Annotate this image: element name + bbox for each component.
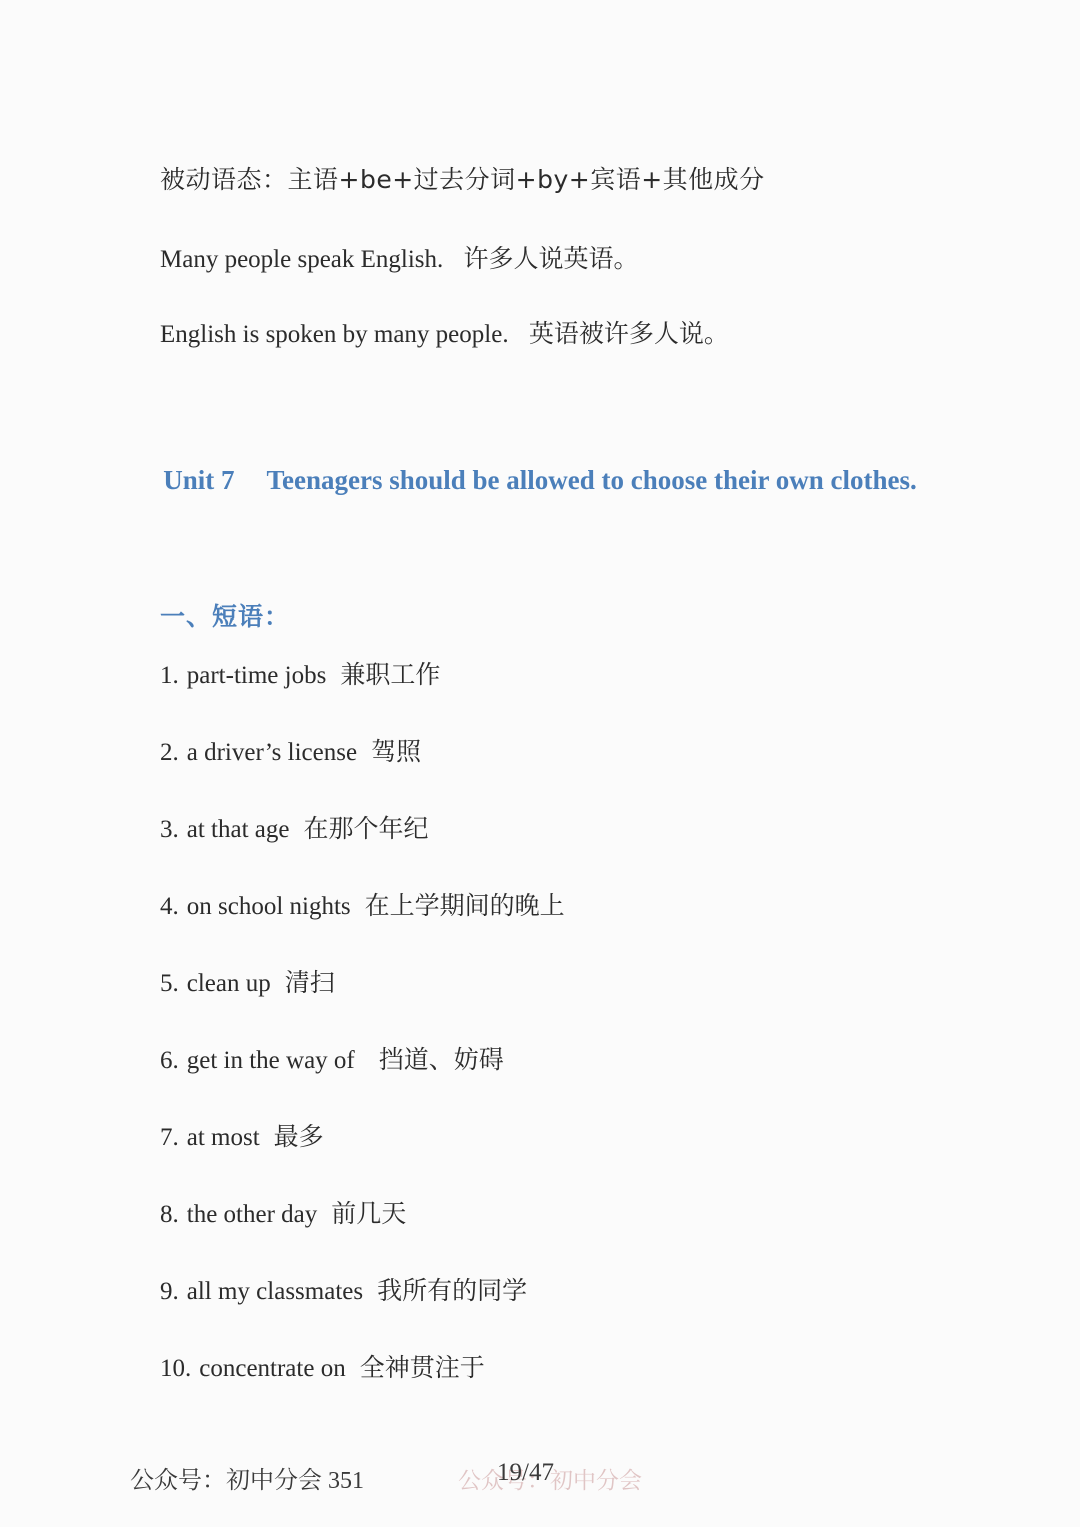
item-number: 7. bbox=[160, 1124, 179, 1151]
phrase-list-item: 5.clean up清扫 bbox=[160, 968, 335, 999]
phrase-list-item: 3.at that age在那个年纪 bbox=[160, 814, 429, 845]
phrase-list-item: 2.a driver’s license驾照 bbox=[160, 737, 421, 768]
item-number: 5. bbox=[160, 970, 179, 997]
phrase-list-item: 8.the other day前几天 bbox=[160, 1199, 406, 1230]
item-number: 3. bbox=[160, 816, 179, 843]
phrase-english: on school nights bbox=[187, 893, 351, 920]
item-number: 1. bbox=[160, 662, 179, 689]
phrase-list-item: 4.on school nights在上学期间的晚上 bbox=[160, 891, 565, 922]
unit-title-text: Teenagers should be allowed to choose th… bbox=[266, 465, 916, 495]
phrase-english: a driver’s license bbox=[187, 739, 357, 766]
phrase-chinese: 在那个年纪 bbox=[303, 814, 428, 843]
phrase-list-item: 7.at most最多 bbox=[160, 1122, 324, 1153]
item-number: 4. bbox=[160, 893, 179, 920]
phrase-list-item: 9.all my classmates我所有的同学 bbox=[160, 1276, 527, 1307]
item-number: 9. bbox=[160, 1278, 179, 1305]
section-heading-phrases: 一、短语： bbox=[160, 597, 290, 633]
document-page: 被动语态：主语+be+过去分词+by+宾语+其他成分 Many people s… bbox=[0, 0, 1080, 1527]
phrase-chinese: 我所有的同学 bbox=[377, 1276, 527, 1305]
item-number: 6. bbox=[160, 1047, 179, 1074]
item-number: 2. bbox=[160, 739, 179, 766]
phrase-english: concentrate on bbox=[199, 1355, 345, 1382]
phrase-chinese: 兼职工作 bbox=[340, 660, 440, 689]
footer-account-label: 公众号：初中分会 351 bbox=[130, 1460, 364, 1495]
phrase-list-item: 1.part-time jobs兼职工作 bbox=[160, 660, 440, 691]
phrase-chinese: 清扫 bbox=[285, 968, 335, 997]
phrase-english: get in the way of bbox=[187, 1047, 355, 1074]
page-number: 19/47 bbox=[497, 1459, 554, 1487]
example-chinese: 英语被许多人说。 bbox=[529, 319, 729, 348]
example-chinese: 许多人说英语。 bbox=[464, 244, 639, 273]
unit-number: Unit 7 bbox=[163, 465, 234, 495]
example-sentence: English is spoken by many people. 英语被许多人… bbox=[160, 319, 729, 350]
phrase-english: clean up bbox=[187, 970, 271, 997]
phrase-chinese: 挡道、妨碍 bbox=[379, 1045, 504, 1074]
phrase-english: the other day bbox=[187, 1201, 318, 1228]
example-sentence: Many people speak English. 许多人说英语。 bbox=[160, 244, 639, 275]
item-number: 10. bbox=[160, 1355, 191, 1382]
phrase-list-item: 6.get in the way of挡道、妨碍 bbox=[160, 1045, 504, 1076]
phrase-english: part-time jobs bbox=[187, 662, 327, 689]
example-english: English is spoken by many people. bbox=[160, 321, 509, 348]
phrase-chinese: 在上学期间的晚上 bbox=[365, 891, 565, 920]
phrase-chinese: 全神贯注于 bbox=[360, 1353, 485, 1382]
item-number: 8. bbox=[160, 1201, 179, 1228]
phrase-list-item: 10.concentrate on全神贯注于 bbox=[160, 1353, 485, 1384]
unit-title: Unit 7Teenagers should be allowed to cho… bbox=[0, 465, 1080, 496]
phrase-english: at that age bbox=[187, 816, 290, 843]
phrase-chinese: 驾照 bbox=[371, 737, 421, 766]
phrase-english: at most bbox=[187, 1124, 260, 1151]
example-english: Many people speak English. bbox=[160, 246, 443, 273]
phrase-english: all my classmates bbox=[187, 1278, 363, 1305]
phrase-chinese: 前几天 bbox=[331, 1199, 406, 1228]
passive-voice-formula: 被动语态：主语+be+过去分词+by+宾语+其他成分 bbox=[160, 165, 765, 195]
phrase-chinese: 最多 bbox=[274, 1122, 324, 1151]
